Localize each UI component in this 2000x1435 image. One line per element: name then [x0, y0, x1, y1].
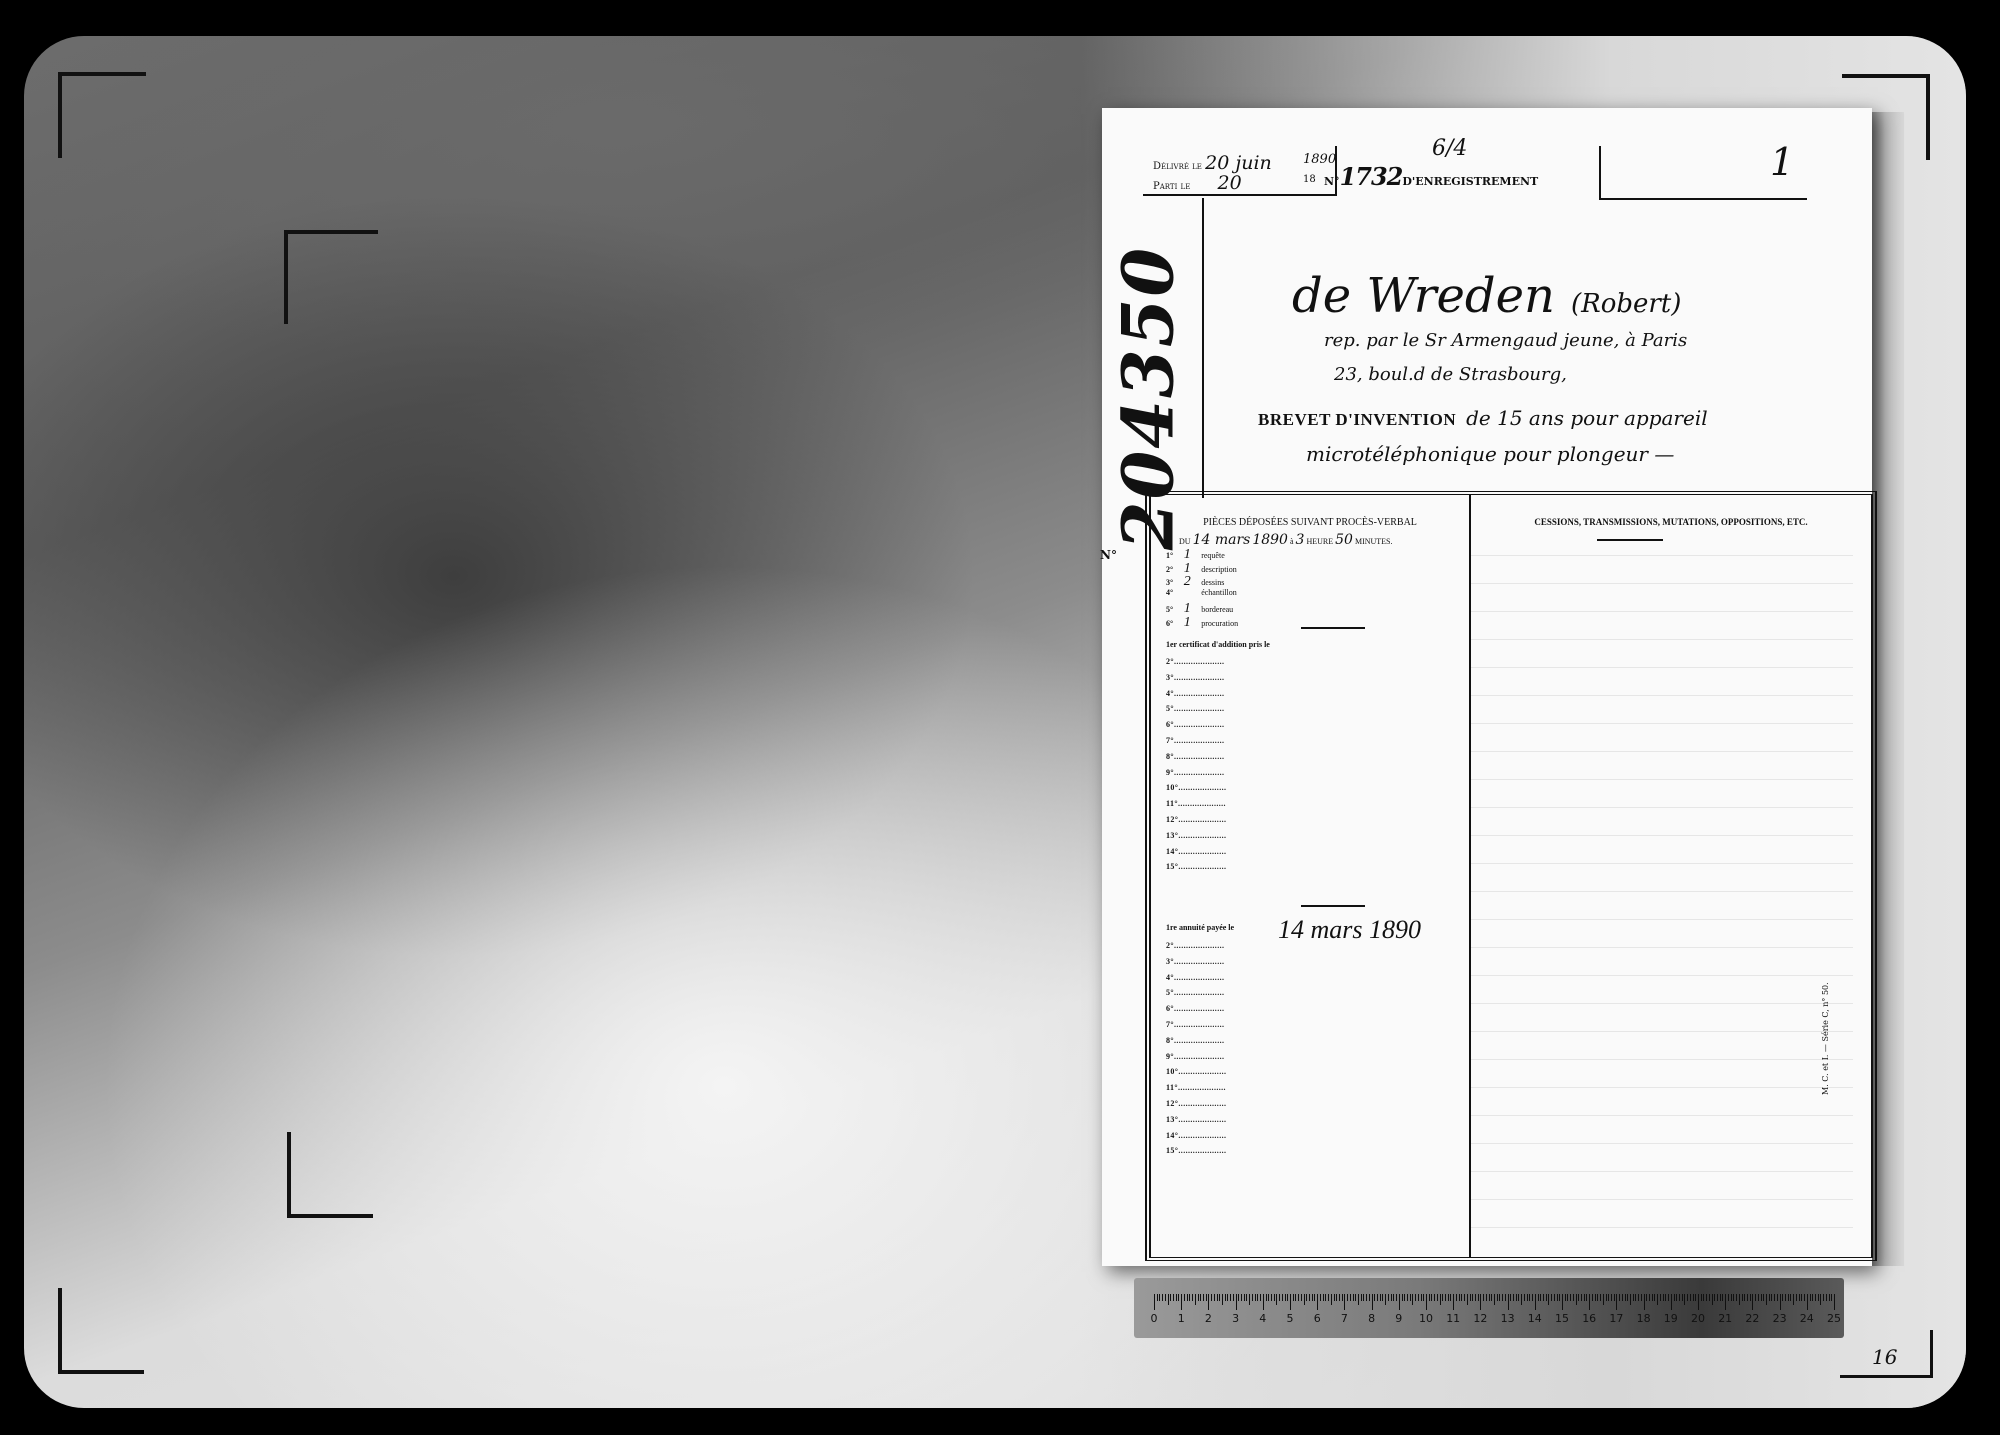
ruler-tick [1429, 1294, 1430, 1301]
ruled-entry-row: 12°.................... [1166, 1099, 1226, 1108]
ruler-tick [1589, 1294, 1590, 1310]
brevet-title: BREVET D'INVENTION [1258, 410, 1456, 429]
ruler-tick [1203, 1294, 1204, 1301]
pieces-column: PIÈCES DÉPOSÉES SUIVANT PROCÈS-VERBAL DU… [1151, 495, 1469, 1257]
ruled-entry-row: 5°..................... [1166, 704, 1224, 713]
ruler-tick [1285, 1294, 1286, 1301]
piece-ordinal: 1° [1166, 551, 1173, 560]
piece-ordinal: 5° [1166, 605, 1173, 614]
ruled-entry-row: 15°.................... [1166, 862, 1226, 871]
ruler-label: 1 [1178, 1312, 1185, 1325]
delivre-row: Délivré le 20 juin 1890 [1153, 152, 1272, 168]
ruler-tick [1274, 1294, 1275, 1301]
ruled-entry-row: 9°..................... [1166, 1052, 1224, 1061]
ruled-entry-row: 6°..................... [1166, 1004, 1224, 1013]
ruler-tick [1328, 1294, 1329, 1301]
ruler-tick [1230, 1294, 1231, 1301]
ruler-tick [1635, 1294, 1636, 1301]
ruler-tick [1399, 1294, 1400, 1310]
ruler-tick [1682, 1294, 1683, 1301]
ruler-tick [1372, 1294, 1373, 1310]
ruler-label: 25 [1827, 1312, 1841, 1325]
ruler-tick [1820, 1294, 1821, 1305]
ruler-label: 21 [1718, 1312, 1732, 1325]
delivre-value: 20 juin [1205, 152, 1272, 174]
ruler-tick [1559, 1294, 1560, 1301]
ruler-tick [1363, 1294, 1364, 1301]
ruler-tick [1426, 1294, 1427, 1310]
piece-label: bordereau [1201, 605, 1233, 614]
ruler-tick [1529, 1294, 1530, 1301]
ruler-tick [1396, 1294, 1397, 1301]
ruler-tick [1742, 1294, 1743, 1301]
ruler-tick [1687, 1294, 1688, 1301]
ruler-tick [1211, 1294, 1212, 1301]
piece-ordinal: 6° [1166, 619, 1173, 628]
crop-mark-top-left-inner [284, 230, 378, 324]
divider-rule [1597, 539, 1663, 541]
ruler-tick [1282, 1294, 1283, 1301]
ruler-tick [1312, 1294, 1313, 1301]
patent-register-page: Délivré le 20 juin 1890 Parti le 20 18 N… [1102, 108, 1872, 1266]
ruler-tick [1369, 1294, 1370, 1301]
ruler-tick [1391, 1294, 1392, 1301]
ruler-tick [1347, 1294, 1348, 1301]
ruled-line [1471, 1171, 1853, 1172]
ruler-tick [1431, 1294, 1432, 1301]
ruled-line [1471, 891, 1853, 892]
ruler-label: 4 [1259, 1312, 1266, 1325]
ruler-tick [1551, 1294, 1552, 1301]
ruler-tick [1214, 1294, 1215, 1301]
ruler-tick [1502, 1294, 1503, 1301]
ruled-line [1471, 779, 1853, 780]
ruled-entry-row: 2°..................... [1166, 941, 1224, 950]
ruled-entry-row: 5°..................... [1166, 988, 1224, 997]
ruler-label: 7 [1341, 1312, 1348, 1325]
ruler-tick [1293, 1294, 1294, 1301]
ruler-tick [1301, 1294, 1302, 1301]
ruler-tick [1355, 1294, 1356, 1301]
registration-prefix: N° [1324, 175, 1340, 188]
ruler-tick [1698, 1294, 1699, 1310]
ruler-tick [1198, 1294, 1199, 1301]
ruled-entry-row: 8°..................... [1166, 752, 1224, 761]
ruler-tick [1486, 1294, 1487, 1301]
ruler-tick [1494, 1294, 1495, 1305]
ruler-tick [1260, 1294, 1261, 1301]
parti-value: 20 [1218, 172, 1242, 194]
ruler-tick [1567, 1294, 1568, 1301]
ruler-tick [1154, 1294, 1155, 1310]
ruler-tick [1453, 1294, 1454, 1310]
heure-label: HEURE [1306, 537, 1333, 546]
piece-item: 4°échantillon [1166, 588, 1237, 597]
piece-label: description [1201, 565, 1237, 574]
ruler-tick [1483, 1294, 1484, 1301]
ruler-tick [1499, 1294, 1500, 1301]
ruled-entry-row: 7°..................... [1166, 1020, 1224, 1029]
ruler-tick [1695, 1294, 1696, 1301]
ruled-line [1471, 863, 1853, 864]
ruler-tick [1782, 1294, 1783, 1301]
ruler-tick [1222, 1294, 1223, 1305]
ruler-tick [1410, 1294, 1411, 1301]
ruler-tick [1606, 1294, 1607, 1301]
ruler-tick [1189, 1294, 1190, 1301]
ruler-tick [1271, 1294, 1272, 1301]
cessions-column: CESSIONS, TRANSMISSIONS, MUTATIONS, OPPO… [1471, 495, 1871, 1257]
crop-mark-bottom-left-inner [287, 1132, 373, 1218]
ruler-tick [1317, 1294, 1318, 1310]
ruler-tick [1554, 1294, 1555, 1301]
ruler-label: 24 [1800, 1312, 1814, 1325]
ruler-tick [1668, 1294, 1669, 1301]
ruler-tick [1168, 1294, 1169, 1305]
brevet-title-line: BREVET D'INVENTIONde 15 ans pour apparei… [1258, 406, 1708, 430]
ruler-tick [1157, 1294, 1158, 1301]
ruler-tick [1266, 1294, 1267, 1301]
ruler-tick [1434, 1294, 1435, 1301]
ruler-tick [1173, 1294, 1174, 1301]
ruler-tick [1527, 1294, 1528, 1301]
ruler-tick [1331, 1294, 1332, 1305]
ruled-line [1471, 975, 1853, 976]
ruler-tick [1200, 1294, 1201, 1301]
ruler-tick [1690, 1294, 1691, 1301]
ruler-tick [1570, 1294, 1571, 1301]
representative-line: rep. par le Sr Armengaud jeune, à Paris [1324, 330, 1687, 351]
ruled-entry-row: 3°..................... [1166, 957, 1224, 966]
ruler-tick [1766, 1294, 1767, 1305]
ruler-tick [1595, 1294, 1596, 1301]
ruler-tick [1576, 1294, 1577, 1305]
ruler-tick [1380, 1294, 1381, 1301]
ruler-tick [1491, 1294, 1492, 1301]
ruled-entry-row: 11°.................... [1166, 799, 1226, 808]
ruler-tick [1703, 1294, 1704, 1301]
ruler-tick [1720, 1294, 1721, 1301]
ruler-tick [1418, 1294, 1419, 1301]
address-line: 23, boul.d de Strasbourg, [1334, 364, 1567, 385]
ruler-tick [1475, 1294, 1476, 1301]
ruler-tick [1665, 1294, 1666, 1301]
piece-item: 6°1procuration [1166, 615, 1238, 631]
ruler-tick [1728, 1294, 1729, 1301]
ruler-tick [1804, 1294, 1805, 1301]
ruler-tick [1548, 1294, 1549, 1305]
ruler-tick [1353, 1294, 1354, 1301]
ruler-tick [1407, 1294, 1408, 1301]
ruler-tick [1788, 1294, 1789, 1301]
ruler-tick [1249, 1294, 1250, 1305]
ruler-tick [1467, 1294, 1468, 1305]
ruler-label: 2 [1205, 1312, 1212, 1325]
margin-rule [1202, 198, 1204, 498]
ruler-tick [1382, 1294, 1383, 1301]
ruler-tick [1616, 1294, 1617, 1310]
ruler-tick [1758, 1294, 1759, 1301]
ruler-tick [1755, 1294, 1756, 1301]
ruled-entry-row: 6°..................... [1166, 720, 1224, 729]
ruler-tick [1714, 1294, 1715, 1301]
parti-row: Parti le 20 18 [1153, 172, 1242, 188]
ruler-tick [1538, 1294, 1539, 1301]
ruler-tick [1464, 1294, 1465, 1301]
ruler-label: 16 [1582, 1312, 1596, 1325]
registration-value: 1732 [1340, 162, 1403, 191]
ruler-tick [1785, 1294, 1786, 1301]
ruler-tick [1421, 1294, 1422, 1301]
ruler-tick [1815, 1294, 1816, 1301]
ruler-tick [1810, 1294, 1811, 1301]
ruler-tick [1314, 1294, 1315, 1301]
ruler-tick [1480, 1294, 1481, 1310]
ruled-entry-row: 4°..................... [1166, 689, 1224, 698]
ruler-tick [1206, 1294, 1207, 1301]
ruler-tick [1763, 1294, 1764, 1301]
piece-label: échantillon [1201, 588, 1237, 597]
ruled-line [1471, 807, 1853, 808]
ruler-tick [1565, 1294, 1566, 1301]
ruled-entry-row: 11°.................... [1166, 1083, 1226, 1092]
ruler-tick [1644, 1294, 1645, 1310]
ruler-tick [1684, 1294, 1685, 1305]
ruler-tick [1722, 1294, 1723, 1301]
ruler-tick [1611, 1294, 1612, 1301]
parti-label: Parti le [1153, 181, 1190, 192]
ruler-tick [1790, 1294, 1791, 1301]
piece-ordinal: 4° [1166, 588, 1173, 597]
ruler-tick [1295, 1294, 1296, 1301]
ruler-tick [1625, 1294, 1626, 1301]
ruler-label: 20 [1691, 1312, 1705, 1325]
ruled-line [1471, 611, 1853, 612]
ruler-tick [1241, 1294, 1242, 1301]
ruler-tick [1780, 1294, 1781, 1310]
ruled-line [1471, 835, 1853, 836]
ruler-tick [1608, 1294, 1609, 1301]
ruler-tick [1535, 1294, 1536, 1310]
ruler-tick [1510, 1294, 1511, 1301]
ruler-tick [1646, 1294, 1647, 1301]
certificat-first-label: 1er certificat d'addition pris le [1166, 640, 1270, 649]
ruler-label: 0 [1151, 1312, 1158, 1325]
ruler-tick [1255, 1294, 1256, 1301]
ruler-tick [1516, 1294, 1517, 1301]
ruler-label: 5 [1287, 1312, 1294, 1325]
ruler-tick [1562, 1294, 1563, 1310]
ruler-tick [1176, 1294, 1177, 1301]
brevet-description-2: microtéléphonique pour plongeur — [1306, 442, 1674, 466]
ruler-tick [1323, 1294, 1324, 1301]
ruler-tick [1747, 1294, 1748, 1301]
ruler-tick [1195, 1294, 1196, 1305]
piece-label: dessins [1201, 578, 1224, 587]
ruler-tick [1170, 1294, 1171, 1301]
ruler-tick [1415, 1294, 1416, 1301]
ruler-tick [1450, 1294, 1451, 1301]
ruler-tick [1592, 1294, 1593, 1301]
ruler-tick [1217, 1294, 1218, 1301]
ruler-tick [1731, 1294, 1732, 1301]
ruled-line [1471, 1003, 1853, 1004]
crop-mark-top-left-outer [58, 72, 146, 158]
ruler-tick [1279, 1294, 1280, 1301]
ruler-tick [1801, 1294, 1802, 1301]
ruled-entry-row: 2°..................... [1166, 657, 1224, 666]
ruler-tick [1584, 1294, 1585, 1301]
ruler-tick [1633, 1294, 1634, 1301]
ruler-tick [1557, 1294, 1558, 1301]
ruler-tick [1641, 1294, 1642, 1301]
ruler-tick [1470, 1294, 1471, 1301]
ruler-tick [1771, 1294, 1772, 1301]
ruler-label: 15 [1555, 1312, 1569, 1325]
ruler-tick [1225, 1294, 1226, 1301]
divider-rule [1301, 627, 1365, 629]
ruler-tick [1521, 1294, 1522, 1305]
ruler-label: 14 [1528, 1312, 1542, 1325]
ruler-tick [1709, 1294, 1710, 1301]
ruled-entry-row: 12°.................... [1166, 815, 1226, 824]
ruler-tick [1739, 1294, 1740, 1305]
ruler-tick [1777, 1294, 1778, 1301]
pv-minutes: 50 [1335, 532, 1353, 548]
ruler-tick [1663, 1294, 1664, 1301]
ruler-tick [1799, 1294, 1800, 1301]
crop-mark-bottom-left-outer [58, 1288, 144, 1374]
ruler-tick [1693, 1294, 1694, 1301]
ruler-label: 8 [1368, 1312, 1375, 1325]
du-label: DU [1179, 537, 1191, 546]
ruler-tick [1268, 1294, 1269, 1301]
ruler-tick [1649, 1294, 1650, 1301]
ruler-tick [1619, 1294, 1620, 1301]
piece-ordinal: 3° [1166, 578, 1173, 587]
ruler-tick [1654, 1294, 1655, 1301]
ruler-tick [1761, 1294, 1762, 1301]
ruler-tick [1679, 1294, 1680, 1301]
folio-number: 1 [1770, 140, 1794, 184]
ruler-tick [1478, 1294, 1479, 1301]
ruler-label: 3 [1232, 1312, 1239, 1325]
ruler-tick [1423, 1294, 1424, 1301]
ruler-tick [1627, 1294, 1628, 1301]
ruler-tick [1344, 1294, 1345, 1310]
ruler-tick [1393, 1294, 1394, 1301]
ruler-tick [1823, 1294, 1824, 1301]
ruler-tick [1219, 1294, 1220, 1301]
ruled-line [1471, 667, 1853, 668]
ruler-tick [1162, 1294, 1163, 1301]
ruler-tick [1402, 1294, 1403, 1301]
ruler-tick [1276, 1294, 1277, 1305]
ruler-tick [1796, 1294, 1797, 1301]
brevet-description-1: de 15 ans pour appareil [1466, 406, 1708, 430]
ruler-tick [1600, 1294, 1601, 1301]
ruler-label: 23 [1773, 1312, 1787, 1325]
ruler-tick [1831, 1294, 1832, 1301]
form-code: M. C. et I. — Série C, n° 50. [1821, 982, 1830, 1095]
cessions-title: CESSIONS, TRANSMISSIONS, MUTATIONS, OPPO… [1471, 517, 1871, 527]
ruler-tick [1622, 1294, 1623, 1301]
ruler-tick [1497, 1294, 1498, 1301]
ruler-tick [1573, 1294, 1574, 1301]
ruled-entry-row: 8°..................... [1166, 1036, 1224, 1045]
ruler-tick [1744, 1294, 1745, 1301]
ruler-tick [1325, 1294, 1326, 1301]
ruler-tick [1412, 1294, 1413, 1305]
ruler-tick [1165, 1294, 1166, 1301]
ruled-line [1471, 919, 1853, 920]
ruler-tick [1793, 1294, 1794, 1305]
ruled-entry-row: 14°.................... [1166, 1131, 1226, 1140]
ruled-entry-row: 13°.................... [1166, 1115, 1226, 1124]
ruled-line [1471, 1227, 1853, 1228]
applicant-given-name: (Robert) [1571, 289, 1681, 319]
ruled-entry-row: 14°.................... [1166, 847, 1226, 856]
ruled-line [1471, 1115, 1853, 1116]
ruler-tick [1543, 1294, 1544, 1301]
ruler-tick [1440, 1294, 1441, 1305]
ruler-tick [1244, 1294, 1245, 1301]
ruled-line [1471, 1199, 1853, 1200]
ruler-tick [1246, 1294, 1247, 1301]
ruler-label: 17 [1609, 1312, 1623, 1325]
ruler-tick [1812, 1294, 1813, 1301]
ruler-tick [1366, 1294, 1367, 1301]
ruler-tick [1829, 1294, 1830, 1301]
pv-year: 1890 [1252, 532, 1288, 548]
pv-hour: 3 [1296, 532, 1305, 548]
ruler-tick [1437, 1294, 1438, 1301]
ruled-line [1471, 639, 1853, 640]
ruler-tick [1459, 1294, 1460, 1301]
piece-label: procuration [1201, 619, 1238, 628]
ruler-tick [1472, 1294, 1473, 1301]
ruler-tick [1652, 1294, 1653, 1301]
ruler-tick [1750, 1294, 1751, 1301]
ruled-line [1471, 1087, 1853, 1088]
ruler-tick [1290, 1294, 1291, 1310]
plate-number: 16 [1872, 1345, 1897, 1369]
ruler-tick [1252, 1294, 1253, 1301]
ruled-line [1471, 695, 1853, 696]
ruler-tick [1377, 1294, 1378, 1301]
ruler-tick [1448, 1294, 1449, 1301]
ruler-tick [1374, 1294, 1375, 1301]
ruler-tick [1769, 1294, 1770, 1301]
ruler-label: 22 [1745, 1312, 1759, 1325]
ruler-tick [1263, 1294, 1264, 1310]
ruler-tick [1674, 1294, 1675, 1301]
ruler-tick [1508, 1294, 1509, 1310]
ruler-tick [1445, 1294, 1446, 1301]
ruler-tick [1532, 1294, 1533, 1301]
ruler-tick [1404, 1294, 1405, 1301]
ruler-tick [1733, 1294, 1734, 1301]
registration-label: D'ENREGISTREMENT [1402, 175, 1538, 188]
ruler-tick [1614, 1294, 1615, 1301]
pv-date: 14 mars [1193, 532, 1251, 548]
ruler-label: 11 [1446, 1312, 1460, 1325]
minutes-label: MINUTES. [1355, 537, 1393, 546]
annuite-first-label: 1re annuité payée le [1166, 923, 1234, 932]
ruler-tick [1586, 1294, 1587, 1301]
ruler-tick [1159, 1294, 1160, 1301]
ruler-label: 13 [1501, 1312, 1515, 1325]
